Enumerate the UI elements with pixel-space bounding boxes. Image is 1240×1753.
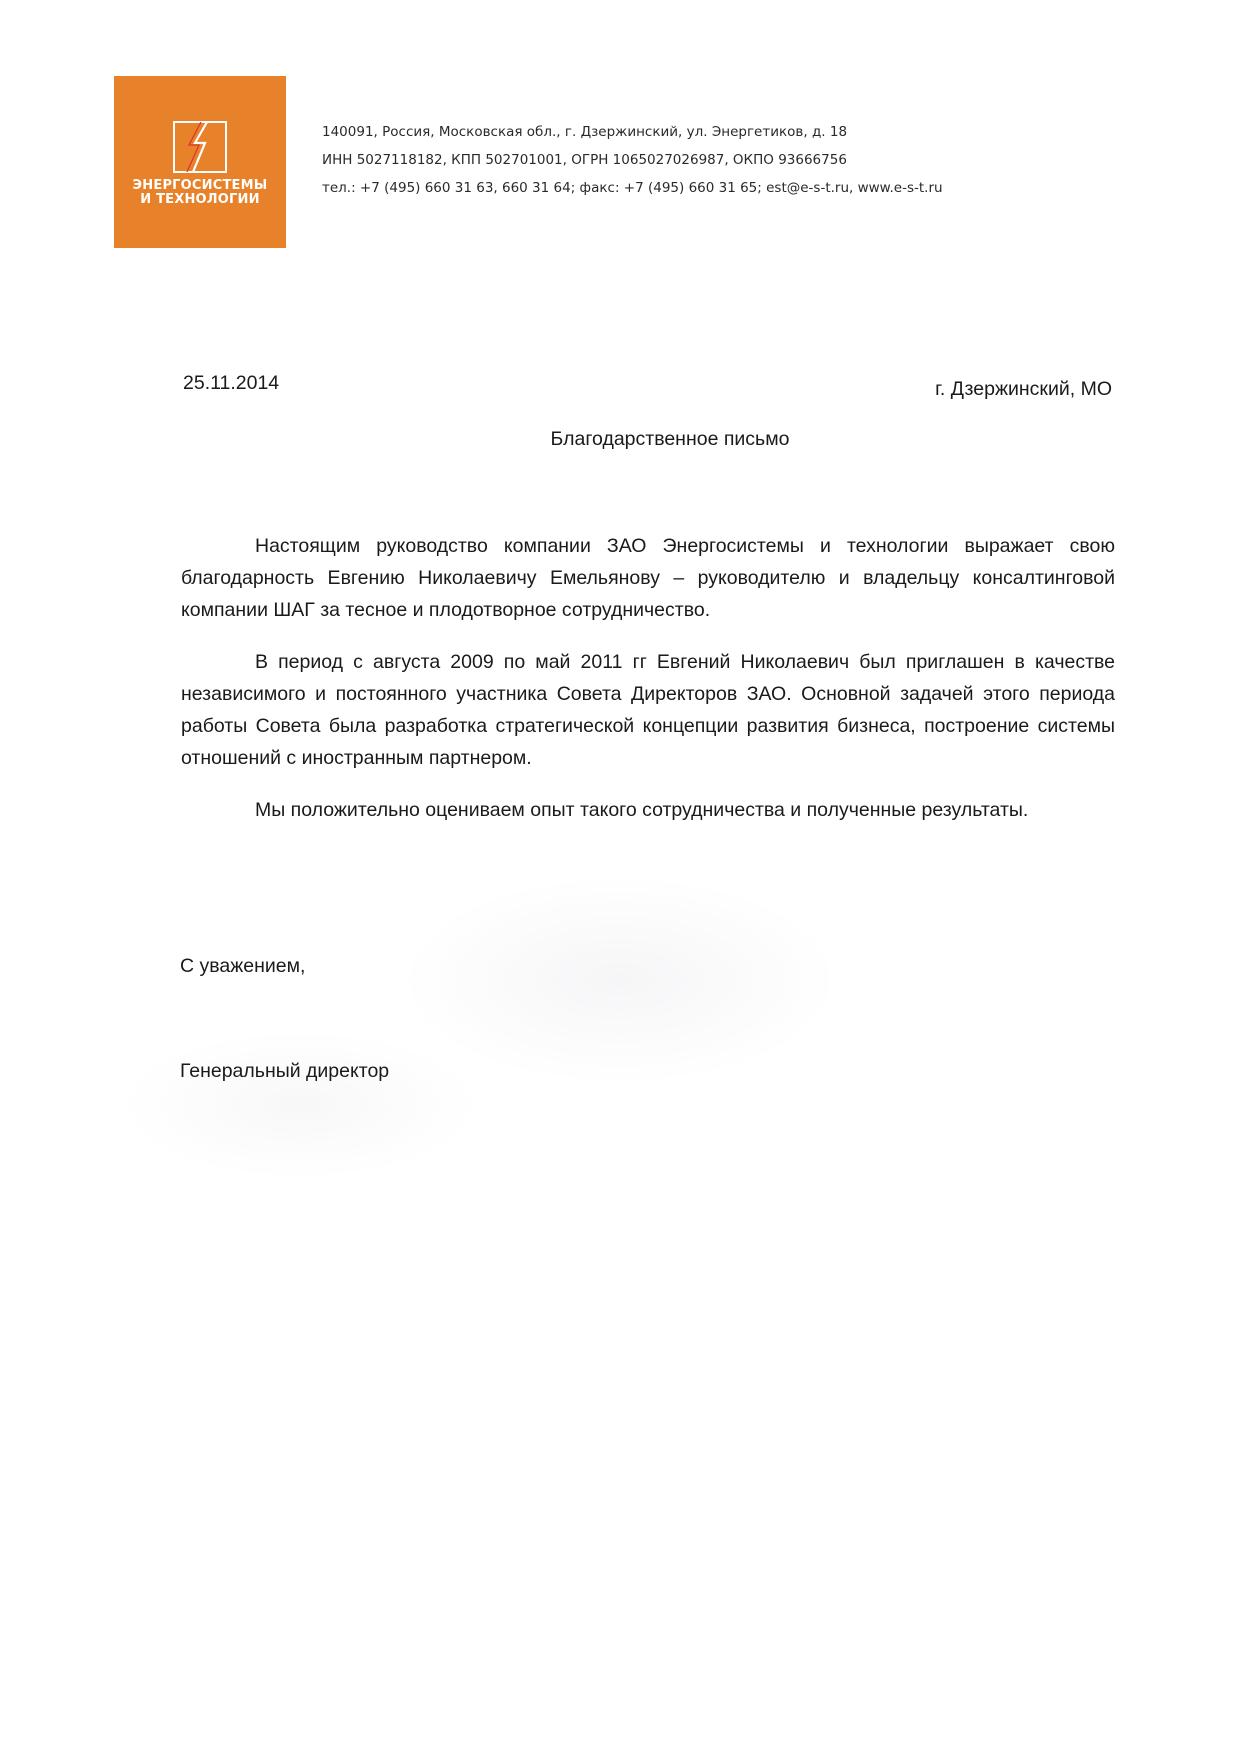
company-registration: ИНН 5027118182, КПП 502701001, ОГРН 1065… [322,146,943,174]
letter-date: 25.11.2014 [183,372,279,395]
signatory-position: Генеральный директор [180,1060,389,1083]
letter-title: Благодарственное письмо [0,428,1240,451]
letter-city: г. Дзержинский, МО [935,378,1112,401]
name-area [120,1030,480,1180]
company-logo: ЭНЕРГОСИСТЕМЫ И ТЕХНОЛОГИИ [114,76,286,248]
logo-line-2: И ТЕХНОЛОГИИ [114,193,286,207]
company-requisites: 140091, Россия, Московская обл., г. Дзер… [322,118,943,202]
company-address: 140091, Россия, Московская обл., г. Дзер… [322,118,943,146]
logo-line-1: ЭНЕРГОСИСТЕМЫ [114,179,286,193]
signature-area [410,880,830,1080]
closing-salutation: С уважением, [180,955,305,978]
paragraph-2: В период с августа 2009 по май 2011 гг Е… [181,646,1115,774]
lightning-bolt-icon [173,121,227,173]
logo-text: ЭНЕРГОСИСТЕМЫ И ТЕХНОЛОГИИ [114,179,286,207]
paragraph-3: Мы положительно оцениваем опыт такого со… [181,794,1115,826]
letter-page: ЭНЕРГОСИСТЕМЫ И ТЕХНОЛОГИИ 140091, Росси… [0,0,1240,1753]
paragraph-1: Настоящим руководство компании ЗАО Энерг… [181,530,1115,626]
company-contacts: тел.: +7 (495) 660 31 63, 660 31 64; фак… [322,174,943,202]
letter-body: Настоящим руководство компании ЗАО Энерг… [181,530,1115,846]
